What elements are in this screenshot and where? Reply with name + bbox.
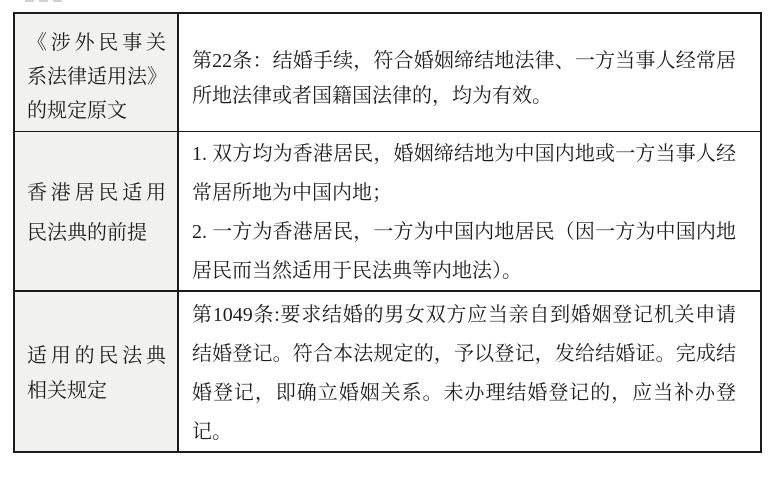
row-header-cell-law-source: 《涉外民事关 系法律适用法》 的规定原文 [15,14,179,132]
row-header-cell-hk-resident-premise: 香港居民适用 民法典的前提 [15,132,179,292]
page: 《涉外民事关 系法律适用法》 的规定原文 第22条：结婚手续，符合婚姻缔结地法律… [0,0,780,482]
row-body-cell-premise-list: 1. 双方均为香港居民，婚姻缔结地为中国内地或一方当事人经常居所地为中国内地； … [179,132,760,292]
cropped-text-fragment [25,0,85,3]
header-line: 《涉外民事关 [27,26,166,60]
header-line: 的规定原文 [27,94,166,128]
header-line: 系法律适用法》 [27,60,166,94]
legal-comparison-table: 《涉外民事关 系法律适用法》 的规定原文 第22条：结婚手续，符合婚姻缔结地法律… [13,12,762,453]
body-paragraph: 第1049条:要求结婚的男女双方应当亲自到婚姻登记机关申请结婚登记。符合本法规定… [192,296,736,452]
body-paragraph-item-1: 1. 双方均为香港居民，婚姻缔结地为中国内地或一方当事人经常居所地为中国内地； [192,135,736,213]
row-body-cell-article-22: 第22条：结婚手续，符合婚姻缔结地法律、一方当事人经常居所地法律或者国籍国法律的… [179,14,760,132]
row-body-cell-article-1049: 第1049条:要求结婚的男女双方应当亲自到婚姻登记机关申请结婚登记。符合本法规定… [179,292,760,451]
body-paragraph-item-2: 2. 一方为香港居民，一方为中国内地居民（因一方为中国内地居民而当然适用于民法典… [192,213,736,291]
header-line: 适用的民法典 [27,339,166,374]
body-paragraph: 第22条：结婚手续，符合婚姻缔结地法律、一方当事人经常居所地法律或者国籍国法律的… [192,44,736,114]
row-header-cell-civil-code-provision: 适用的民法典 相关规定 [15,292,179,451]
header-line: 相关规定 [27,374,166,409]
header-line: 香港居民适用 [27,173,166,213]
header-line: 民法典的前提 [27,213,166,253]
